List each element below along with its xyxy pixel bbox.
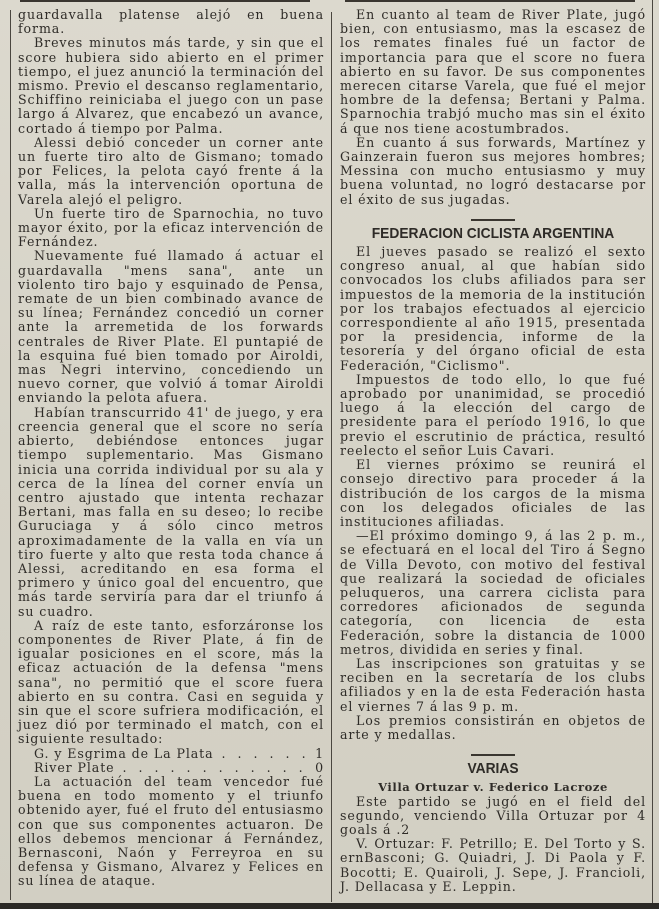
right-column: En cuanto al team de River Plate, jugó b…	[340, 8, 646, 894]
paragraph: —El próximo domingo 9, á las 2 p. m., se…	[340, 529, 646, 657]
result-row: G. y Esgrima de La Plata . . . . . . . .…	[18, 747, 324, 761]
paragraph: La actuación del team vencedor fué buena…	[18, 775, 324, 889]
paragraph: guardavalla platense alejó en buena form…	[18, 8, 324, 36]
paragraph: Nuevamente fué llamado á actuar el guard…	[18, 249, 324, 405]
newspaper-page: guardavalla platense alejó en buena form…	[0, 0, 659, 909]
paragraph: A raíz de este tanto, esforzáronse los c…	[18, 619, 324, 747]
page-bottom-edge	[0, 903, 659, 909]
leader-dots: . . . . . . . . . . . . . . . . . .	[115, 761, 316, 775]
paragraph: Los premios consistirán en objetos de ar…	[340, 714, 646, 742]
paragraph: En cuanto al team de River Plate, jugó b…	[340, 8, 646, 136]
section-separator	[471, 754, 515, 756]
left-column: guardavalla platense alejó en buena form…	[18, 8, 324, 889]
result-team: G. y Esgrima de La Plata	[34, 747, 214, 761]
column-rule-left	[10, 10, 11, 900]
top-rule-right	[345, 0, 635, 2]
paragraph: Impuestos de todo ello, lo que fué aprob…	[340, 373, 646, 458]
paragraph: V. Ortuzar: F. Petrillo; E. Del Torto y …	[340, 837, 646, 894]
paragraph: En cuanto á sus forwards, Martínez y Gai…	[340, 136, 646, 207]
paragraph: El viernes próximo se reunirá el consejo…	[340, 458, 646, 529]
paragraph: Las inscripciones son gratuitas y se rec…	[340, 657, 646, 714]
result-score: 0	[315, 761, 324, 775]
paragraph: Este partido se jugó en el field del seg…	[340, 795, 646, 838]
section-subhead: Villa Ortuzar v. Federico Lacroze	[340, 780, 646, 794]
paragraph: Habían transcurrido 41' de juego, y era …	[18, 406, 324, 619]
section-separator	[471, 219, 515, 221]
result-team: River Plate	[34, 761, 115, 775]
leader-dots: . . . . . . . . . . . .	[214, 747, 316, 761]
column-rule-right	[652, 0, 653, 909]
paragraph: Breves minutos más tarde, y sin que el s…	[18, 36, 324, 135]
section-headline: FEDERACION CICLISTA ARGENTINA	[352, 227, 634, 241]
section-headline: VARIAS	[352, 762, 634, 776]
result-score: 1	[315, 747, 324, 761]
paragraph: Alessi debió conceder un corner ante un …	[18, 136, 324, 207]
paragraph: El jueves pasado se realizó el sexto con…	[340, 245, 646, 373]
paragraph: Un fuerte tiro de Sparnochia, no tuvo ma…	[18, 207, 324, 250]
result-row: River Plate . . . . . . . . . . . . . . …	[18, 761, 324, 775]
column-rule-middle	[331, 12, 332, 902]
top-rule-left	[20, 0, 310, 2]
